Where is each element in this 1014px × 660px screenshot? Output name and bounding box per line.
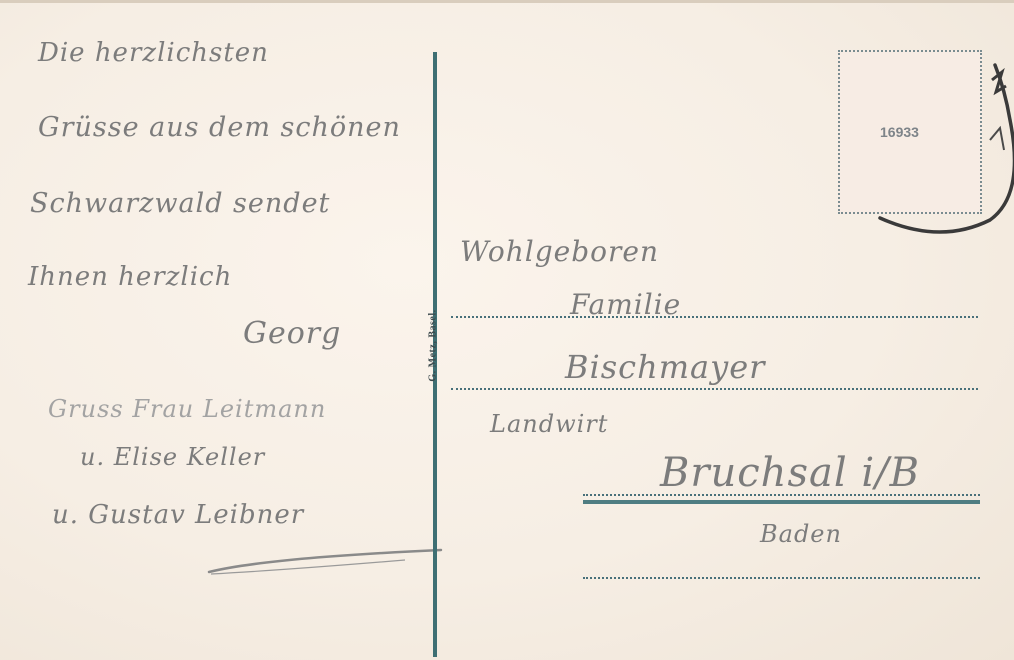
greeting-line-3: u. Gustav Leibner [52, 500, 304, 530]
pencil-underline-stroke [205, 548, 443, 576]
message-line-3: Schwarzwald sendet [30, 188, 330, 219]
address-occupation: Landwirt [490, 410, 608, 438]
address-name: Bischmayer [565, 348, 765, 386]
message-line-4: Ihnen herzlich [28, 262, 232, 292]
greeting-line-1: Gruss Frau Leitmann [48, 395, 326, 423]
address-family: Familie [570, 288, 681, 321]
address-solid-rule [583, 500, 980, 504]
greeting-line-2: u. Elise Keller [80, 443, 265, 471]
message-line-2: Grüsse aus dem schönen [38, 112, 401, 143]
address-salutation: Wohlgeboren [460, 235, 659, 268]
address-region: Baden [760, 520, 842, 548]
message-signature: Georg [243, 316, 341, 351]
publisher-imprint: G. Metz, Basel. [428, 296, 439, 396]
postcard-back: Die herzlichsten Grüsse aus dem schönen … [0, 0, 1014, 660]
address-line-1 [451, 316, 978, 318]
address-city: Bruchsal i/B [660, 450, 920, 496]
postmark-icon [860, 40, 1014, 235]
message-line-1: Die herzlichsten [38, 38, 269, 68]
address-line-2 [451, 388, 978, 390]
address-line-4 [583, 577, 980, 579]
